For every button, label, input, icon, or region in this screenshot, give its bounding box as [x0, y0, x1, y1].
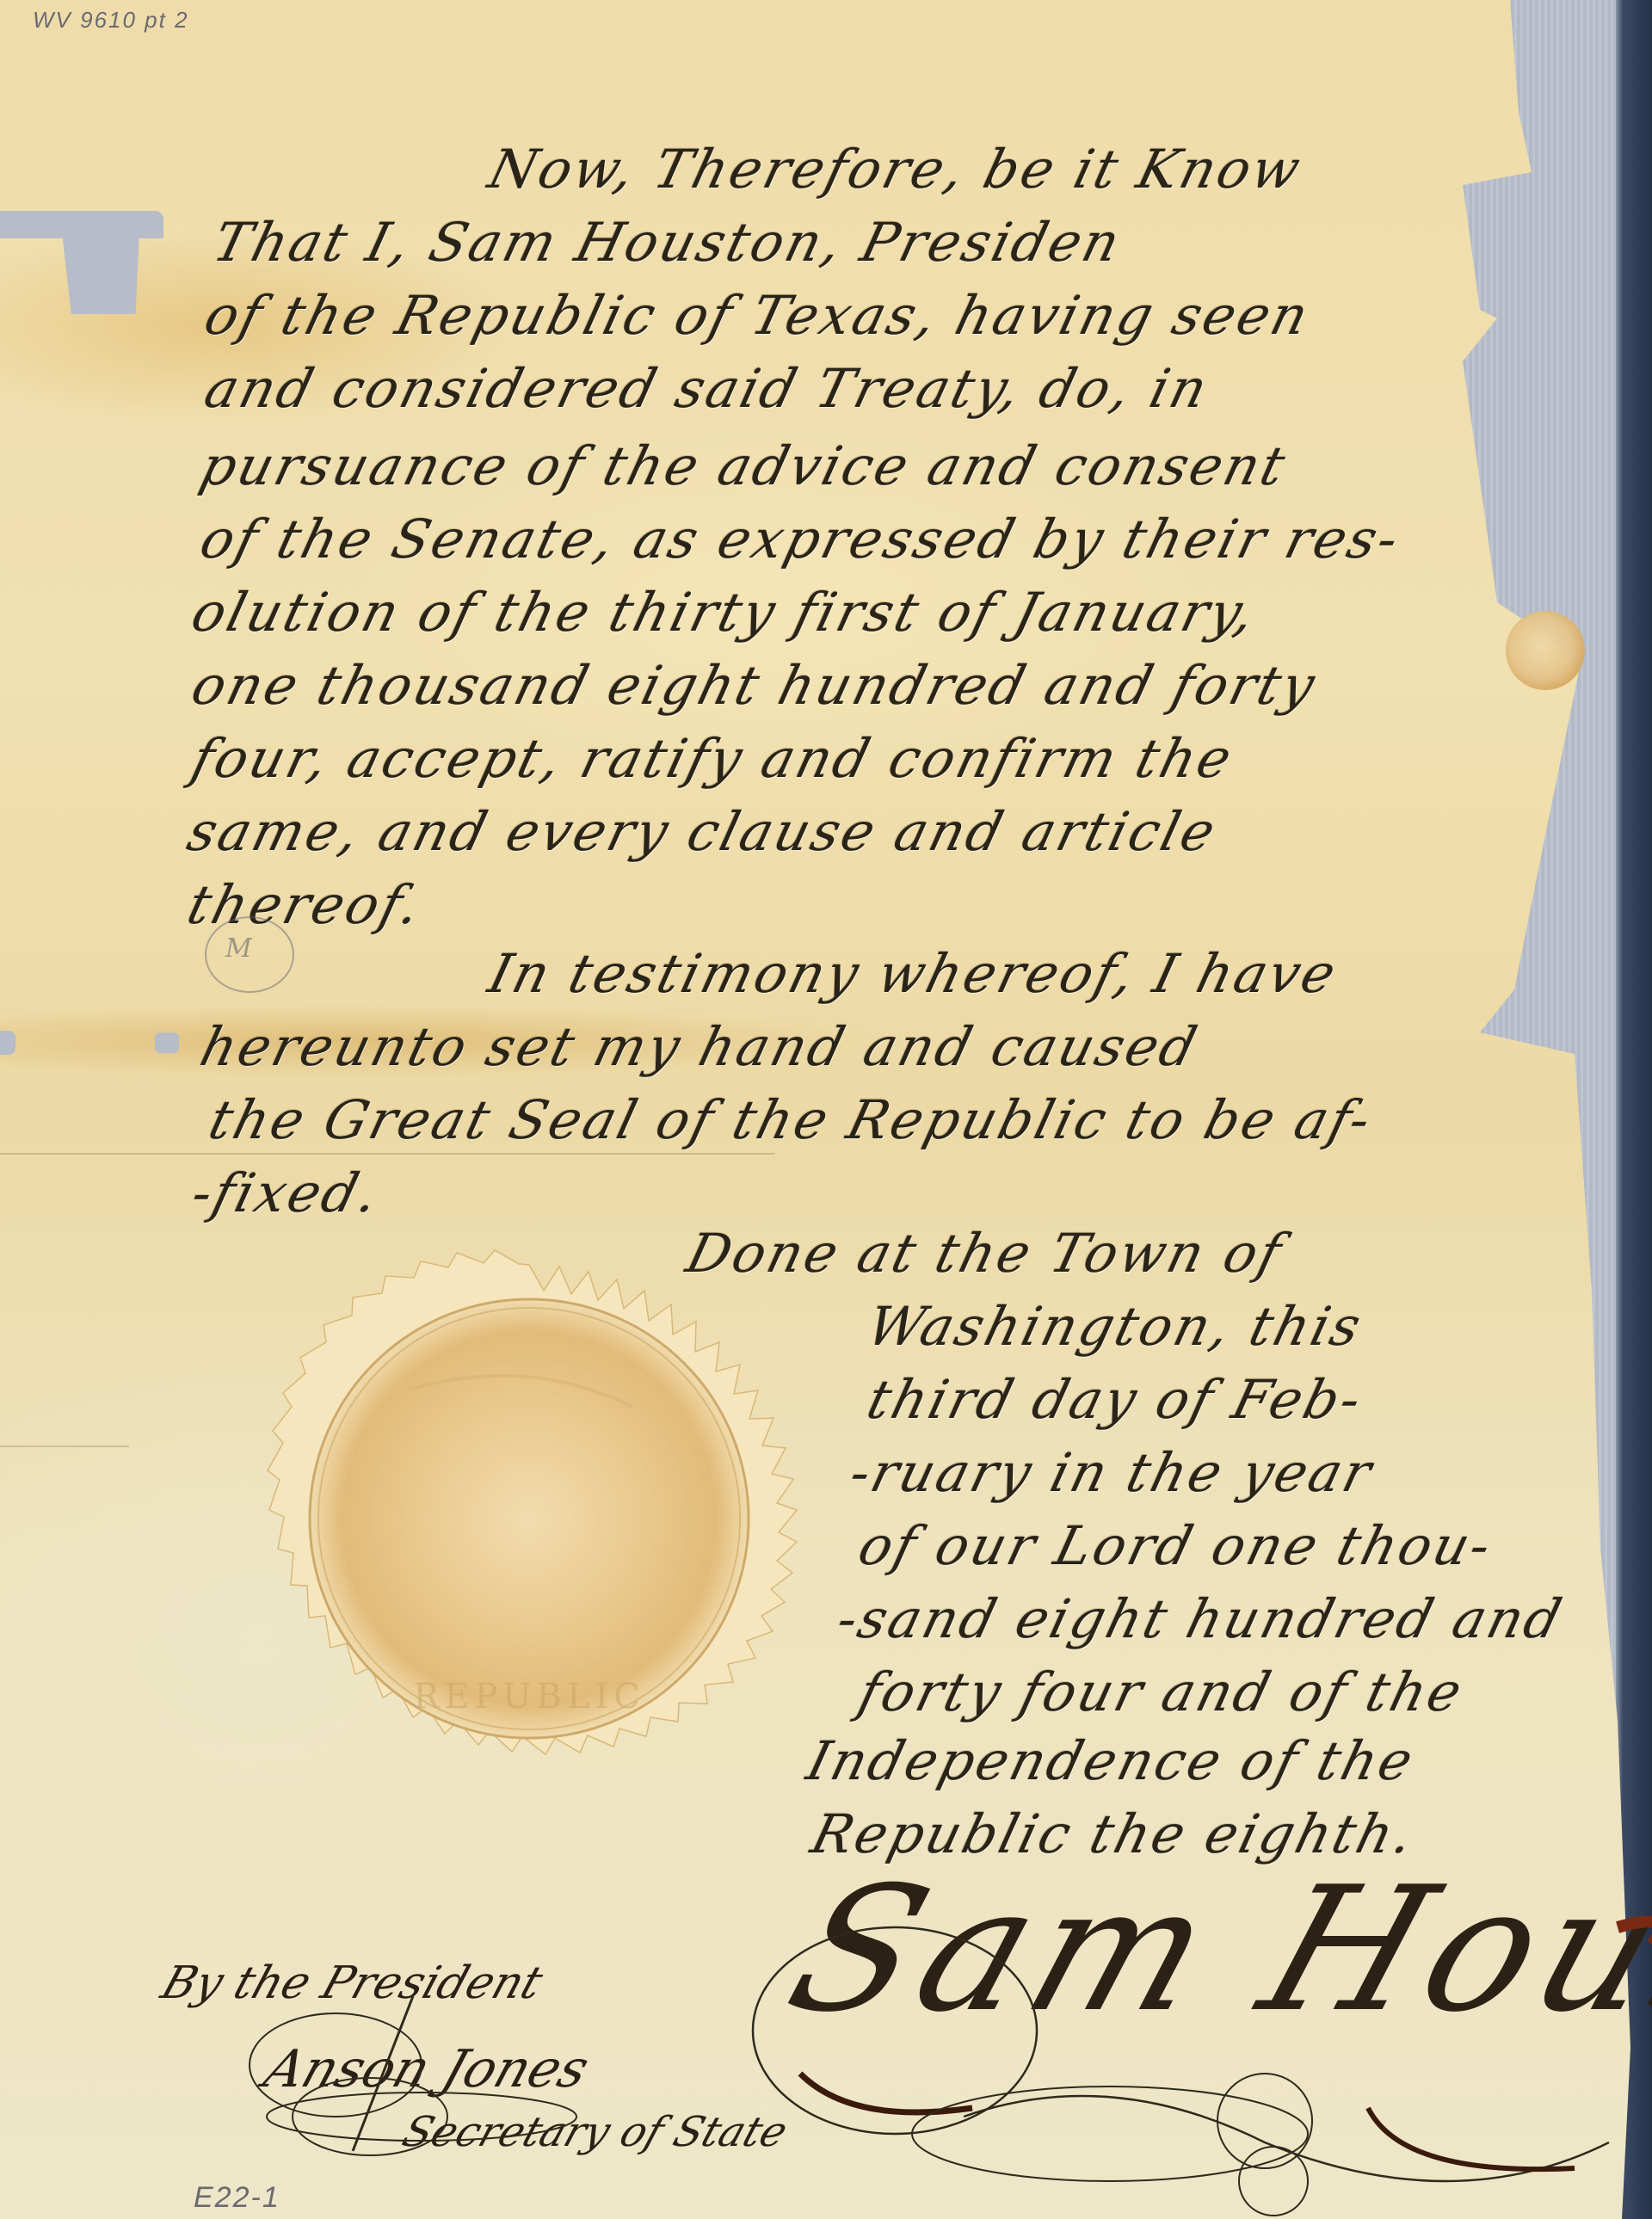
signature-flourish-icon — [749, 1893, 1652, 2219]
svg-text:REPUBLIC: REPUBLIC — [413, 1677, 645, 1717]
archive-note-top: WV 9610 pt 2 — [33, 7, 189, 34]
body-line: hereunto set my hand and caused — [194, 1015, 1205, 1078]
fold-line — [0, 1445, 129, 1447]
paper-hole — [0, 1031, 15, 1055]
body-line: the Great Seal of the Republic to be af- — [203, 1088, 1379, 1151]
body-line: same, and every clause and article — [182, 800, 1224, 863]
fold-line — [0, 1153, 774, 1155]
dating-line: forty four and of the — [853, 1661, 1470, 1723]
body-line: Now, Therefore, be it Know — [483, 138, 1309, 200]
body-line: In testimony whereof, I have — [483, 942, 1345, 1005]
paper-hole — [155, 1032, 179, 1053]
body-line: -fixed. — [186, 1162, 387, 1224]
body-line: olution of the thirty first of January, — [186, 581, 1264, 644]
great-seal-icon: REPUBLIC — [271, 1261, 787, 1777]
attestation-flourish-icon — [198, 1996, 800, 2168]
body-line: four, accept, ratify and confirm the — [186, 727, 1241, 790]
body-line: of the Senate, as expressed by their res… — [194, 508, 1408, 570]
dating-line: third day of Feb- — [861, 1368, 1370, 1431]
body-line: That I, Sam Houston, Presiden — [207, 211, 1129, 274]
dating-line: of our Lord one thou- — [853, 1514, 1500, 1577]
archive-stamp-mark: M — [225, 934, 252, 964]
body-line: pursuance of the advice and consent — [194, 435, 1294, 497]
archive-note-bottom: E22-1 — [194, 2181, 280, 2215]
dating-line: Washington, this — [861, 1295, 1370, 1358]
wax-seal-dot — [1506, 611, 1585, 690]
body-line: of the Republic of Texas, having seen — [199, 284, 1317, 347]
body-line: and considered said Treaty, do, in — [199, 357, 1216, 420]
paper-tear-left-notch — [62, 232, 139, 314]
body-line: one thousand eight hundred and forty — [186, 654, 1323, 717]
dating-line: -ruary in the year — [844, 1441, 1380, 1504]
dating-line: -sand eight hundred and — [831, 1587, 1570, 1650]
dating-line: Independence of the — [801, 1729, 1421, 1792]
